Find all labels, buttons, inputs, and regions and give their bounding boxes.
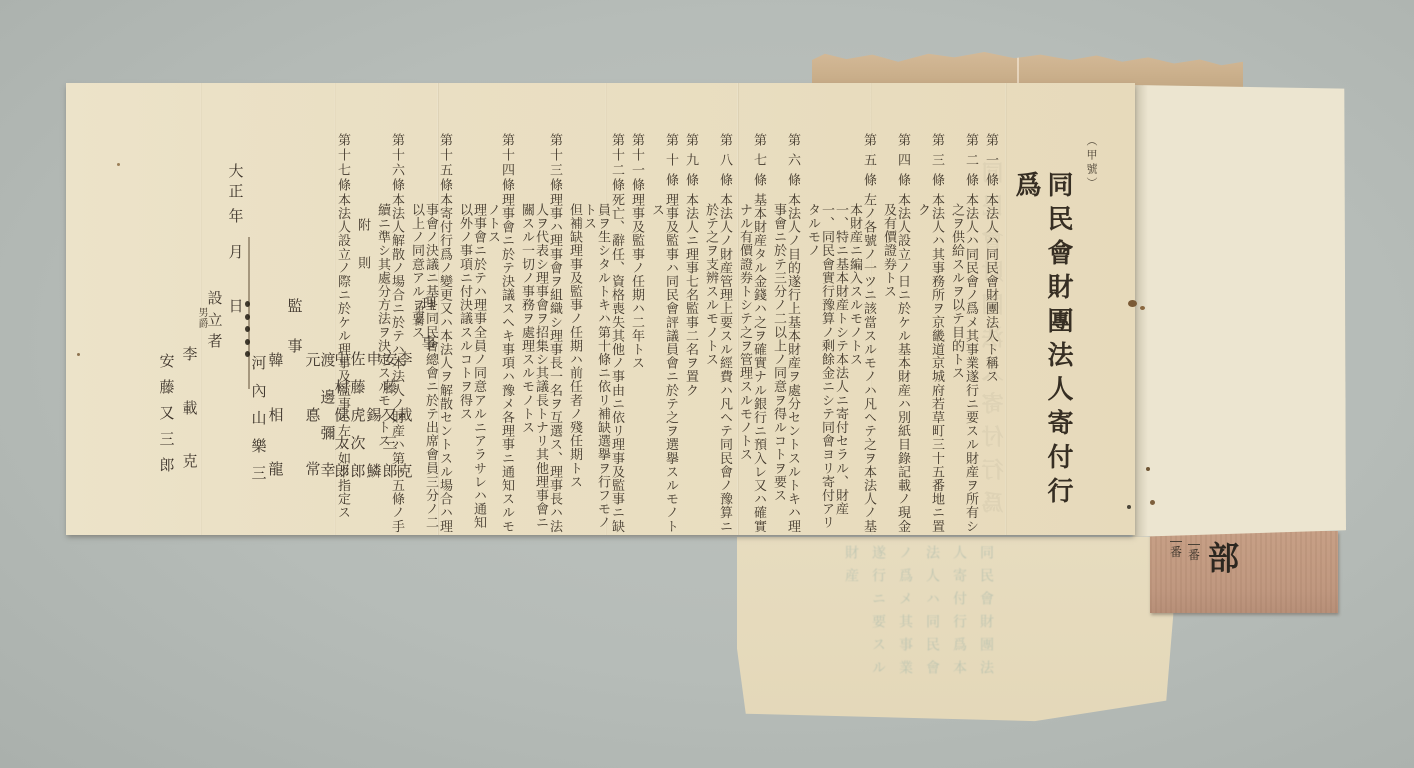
article-label: 第二條 (964, 133, 979, 193)
article-label: 第十六條 (390, 133, 405, 193)
name-char: 者 (207, 330, 222, 351)
name-char: 次 (350, 432, 365, 453)
article-text: 本法人ノ目的遂行上基本財産ヲ處分セントスルトキハ理事會ニ於テ三分ノ二以上ノ同意ヲ… (772, 193, 801, 533)
baron-prefix: 男爵 (410, 305, 425, 327)
name-char: 藤 (382, 376, 397, 397)
article: 第十二條死亡、辭任、資格喪失其他ノ事由ニ依リ理事及監事ニ缺員ヲ生シタルトキハ第十… (568, 133, 624, 535)
date-era-2: 正 (228, 180, 244, 201)
name-char: 申 (366, 348, 381, 369)
doc-classification: （甲號） (1084, 133, 1098, 535)
name-char: 李 (182, 343, 197, 364)
director-name: 中村健太郎 (334, 348, 350, 481)
article-text: 理事ハ理事會ヲ組織シ理事長一名ヲ互選ス、理事長ハ法人ヲ代表シ理事會ヲ招集シ其議長… (520, 193, 563, 533)
director-name: 申錫鱗 (366, 348, 382, 481)
article: 第五條左ノ各號ノ一ツニ該當スルモノハ凡ヘテ之ヲ本法人ノ基本財産ニ編入スルモノトス… (806, 133, 876, 535)
date-year: 年 (228, 205, 244, 226)
name-char: 常 (305, 458, 320, 479)
article-text: 本法人ノ財産管理上要スル經費ハ凡ヘテ同民會ノ豫算ニ於テ之ヲ支辨スルモノトス (704, 193, 733, 533)
name-char: 三 (382, 432, 397, 453)
under-sheet-ghost-text: 同民會財團法人寄付行爲本法人ハ同民會ノ爲メ其事業遂行ニ要スル財産 (837, 545, 999, 697)
name-char: 郎 (382, 460, 397, 481)
name-char: 藤 (350, 376, 365, 397)
founder-name: 李載克 (182, 343, 198, 471)
name-char: 李 (397, 348, 412, 369)
director-name: 安藤又三郎 (382, 348, 398, 481)
article-text: 本法人ハ同民會財團法人ト稱ス (984, 193, 999, 383)
name-char: 相 (268, 404, 283, 425)
stitch-dot (245, 326, 250, 332)
baron-prefix: 男爵 (194, 307, 209, 329)
name-char: 錫 (366, 404, 381, 425)
name-char: 韓 (268, 349, 283, 370)
auditor-name: 韓相龍 (268, 349, 284, 479)
name-char: 安 (382, 348, 397, 369)
name-char: 悳 (305, 404, 320, 425)
article-text: 理事及監事ノ任期ハ二年トス (630, 193, 645, 370)
auditor-name: 河內山樂三 (251, 352, 267, 483)
name-char: 山 (251, 407, 266, 428)
article-text: 理事及監事ハ同民會評議員會ニ於テ之ヲ選擧スルモノトス (650, 193, 679, 533)
name-char: 龍 (268, 458, 283, 479)
name-char: 村 (334, 376, 349, 397)
article-label: 第九條 (684, 133, 699, 193)
photo-surface: 同民會財團法人寄付行爲本法人ハ同民會ノ爲メ其事業遂行ニ要スル財産 番 番 部 （… (0, 0, 1414, 768)
article: 第二條本法人ハ同民會ノ爲メ其事業遂行ニ要スル財産ヲ所有シ之ヲ供給スルヲ以テ目的ト… (950, 133, 978, 535)
name-char: 太 (334, 432, 349, 453)
name-char: 三 (159, 428, 174, 449)
articles-flow: （甲號） 同民會財團法人寄付行爲 第一條本法人ハ同民會財團法人ト稱ス第二條本法人… (392, 133, 1098, 535)
article: 第四條本法人設立ノ日ニ於ケル基本財産ハ別紙目錄記載ノ現金及有價證券トス (882, 133, 910, 535)
article-text: 本法人ニ理事七名監事二名ヲ置ク (684, 193, 699, 397)
name-char: 克 (182, 450, 197, 471)
article-label: 第十四條 (500, 133, 515, 193)
director-name: 李載克 (397, 348, 413, 481)
article-text: 本法人ハ同民會ノ爲メ其事業遂行ニ要スル財産ヲ所有シ之ヲ供給スルヲ以テ目的トス (950, 193, 979, 533)
article-proviso: 但補缺理事及監事ノ任期ハ前任者ノ殘任期トス (568, 203, 582, 535)
name-char: 設 (207, 287, 222, 308)
stain-spot (117, 163, 120, 166)
article-label: 第十一條 (630, 133, 645, 193)
stain-spot (1146, 467, 1150, 471)
name-char: 載 (182, 397, 197, 418)
name-char: 載 (397, 404, 412, 425)
stitch-dot (245, 301, 250, 307)
wrapper-number-label: 番 (1170, 541, 1182, 560)
stitch-dot (245, 339, 250, 345)
article: 第六條本法人ノ目的遂行上基本財産ヲ處分セントスルトキハ理事會ニ於テ三分ノ二以上ノ… (772, 133, 800, 535)
article-label: 第三條 (930, 133, 945, 193)
name-char: 立 (207, 309, 222, 330)
wrapper-number-label: 番 (1188, 544, 1200, 563)
founder-name: 安藤又三郎 (159, 350, 175, 475)
article-label: 第十五條 (438, 133, 453, 193)
name-char: 事 (421, 332, 436, 353)
article-text: 理事會ニ於テ決議スヘキ事項ハ豫メ各理事ニ通知スルモノトス (486, 193, 515, 533)
wrapper-paper: 番 番 部 (1150, 531, 1338, 613)
under-sheet: 同民會財團法人寄付行爲本法人ハ同民會ノ爲メ其事業遂行ニ要スル財産 (737, 537, 1175, 723)
article-label: 第七條 (752, 133, 767, 193)
article: 第九條本法人ニ理事七名監事二名ヲ置ク (684, 133, 698, 535)
founders-heading: 設立者 (207, 287, 223, 351)
article-label: 第十條 (664, 133, 679, 193)
name-char: 河 (251, 352, 266, 373)
article-sub-item: 一、同民會實行豫算ノ剩餘金ニシテ同會ヨリ寄付アリタルモノ (806, 203, 834, 535)
name-char: 幸 (320, 459, 335, 480)
article-label: 第六條 (786, 133, 801, 193)
name-char: 克 (397, 460, 412, 481)
article-label: 第十二條 (610, 133, 625, 193)
name-char: 又 (382, 404, 397, 425)
article: 第三條本法人ハ其事務所ヲ京畿道京城府若草町三十五番地ニ置ク (916, 133, 944, 535)
name-char: 鱗 (366, 460, 381, 481)
date-era-1: 大 (228, 160, 244, 181)
name-char: 又 (159, 402, 174, 423)
name-char: 樂 (251, 435, 266, 456)
name-char: 內 (251, 380, 266, 401)
article-sub-item: 一、特ニ基本財産トシテ本法人ニ寄付セラル、財産 (834, 203, 848, 535)
auditors-heading: 監事 (287, 295, 303, 356)
name-char: 藤 (159, 376, 174, 397)
article-label: 第十三條 (548, 133, 563, 193)
name-char: 三 (251, 462, 266, 483)
article-text: 基本財産タル金錢ハ之ヲ確實ナル銀行ニ預入レ又ハ確實ナル有價證券トシテ之ヲ管理スル… (738, 193, 767, 533)
article: 第十四條理事會ニ於テ決議スヘキ事項ハ豫メ各理事ニ通知スルモノトス理事會ニ於テハ理… (458, 133, 514, 535)
stain-spot (1127, 505, 1131, 509)
article-proviso: 理事會ニ於テハ理事全員ノ同意アルニアラサレハ通知以外ノ事項ニ付決議スルコトヲ得ス (458, 203, 486, 535)
name-char: 安 (159, 350, 174, 371)
stain-spot (77, 353, 80, 356)
article: 第一條本法人ハ同民會財團法人ト稱ス (984, 133, 998, 535)
stain-spot (1150, 500, 1155, 505)
date-day: 日 (228, 295, 244, 316)
verso-sheet: （甲號）同民會財團法人寄付行爲第一條本法人ハ同民會財團法人ト稱ス第二條本法人ハ同… (1132, 85, 1346, 537)
name-char: 佐 (350, 348, 365, 369)
name-char: 監 (287, 295, 302, 316)
article: 第十條理事及監事ハ同民會評議員會ニ於テ之ヲ選擧スルモノトス (650, 133, 678, 535)
name-char: 中 (334, 348, 349, 369)
stain-spot (1128, 300, 1137, 307)
article-text: 本法人ハ其事務所ヲ京畿道京城府若草町三十五番地ニ置ク (916, 193, 945, 533)
article-text: 死亡、辭任、資格喪失其他ノ事由ニ依リ理事及監事ニ缺員ヲ生シタルトキハ第十條ニ依リ… (582, 193, 625, 533)
name-char: 健 (334, 404, 349, 425)
article: 第十三條理事ハ理事會ヲ組織シ理事長一名ヲ互選ス、理事長ハ法人ヲ代表シ理事會ヲ招集… (520, 133, 562, 535)
article-label: 第十七條 (336, 133, 351, 193)
article-label: 第八條 (718, 133, 733, 193)
article: 第十一條理事及監事ノ任期ハ二年トス (630, 133, 644, 535)
wrapper-stamp: 部 (1208, 532, 1239, 579)
article: 第八條本法人ノ財産管理上要スル經費ハ凡ヘテ同民會ノ豫算ニ於テ之ヲ支辨スルモノトス (704, 133, 732, 535)
name-char: 郎 (334, 460, 349, 481)
article-label: 第一條 (984, 133, 999, 193)
director-name: 佐藤虎次郎 (350, 348, 366, 481)
name-char: 渡 (320, 349, 335, 370)
name-char: 郎 (159, 454, 174, 475)
director-name: 元悳常 (305, 349, 321, 479)
doc-title: 同民會財團法人寄付行爲 (1010, 133, 1074, 535)
name-char: 彌 (320, 422, 335, 443)
article-text: 本法人設立ノ日ニ於ケル基本財産ハ別紙目錄記載ノ現金及有價證券トス (882, 193, 911, 533)
name-char: 虎 (350, 404, 365, 425)
article: 第七條基本財産タル金錢ハ之ヲ確實ナル銀行ニ預入レ又ハ確實ナル有價證券トシテ之ヲ管… (738, 133, 766, 535)
article-label: 第四條 (896, 133, 911, 193)
name-char: 元 (305, 349, 320, 370)
date-month: 月 (228, 241, 244, 262)
fold-stitch-line (248, 237, 250, 389)
stitch-dot (245, 351, 250, 357)
name-char: 郎 (350, 460, 365, 481)
article-label: 第五條 (862, 133, 877, 193)
article-text: 本寄付行爲ノ變更又ハ本法人ヲ解散セントスル場合ハ理事會ノ決議ニ基キ同民會總會ニ於… (410, 193, 453, 533)
article-text: 左ノ各號ノ一ツニ該當スルモノハ凡ヘテ之ヲ本法人ノ基本財産ニ編入スルモノトス (848, 193, 877, 533)
director-name: 渡邊彌幸 (320, 349, 336, 480)
name-char: 邊 (320, 386, 335, 407)
stitch-dot (245, 314, 250, 320)
name-char: 事 (287, 335, 302, 356)
stain-spot (1140, 306, 1145, 310)
main-document: 同民會財團法人寄付行爲 （甲號） 同民會財團法人寄付行爲 第一條本法人ハ同民會財… (66, 83, 1135, 535)
